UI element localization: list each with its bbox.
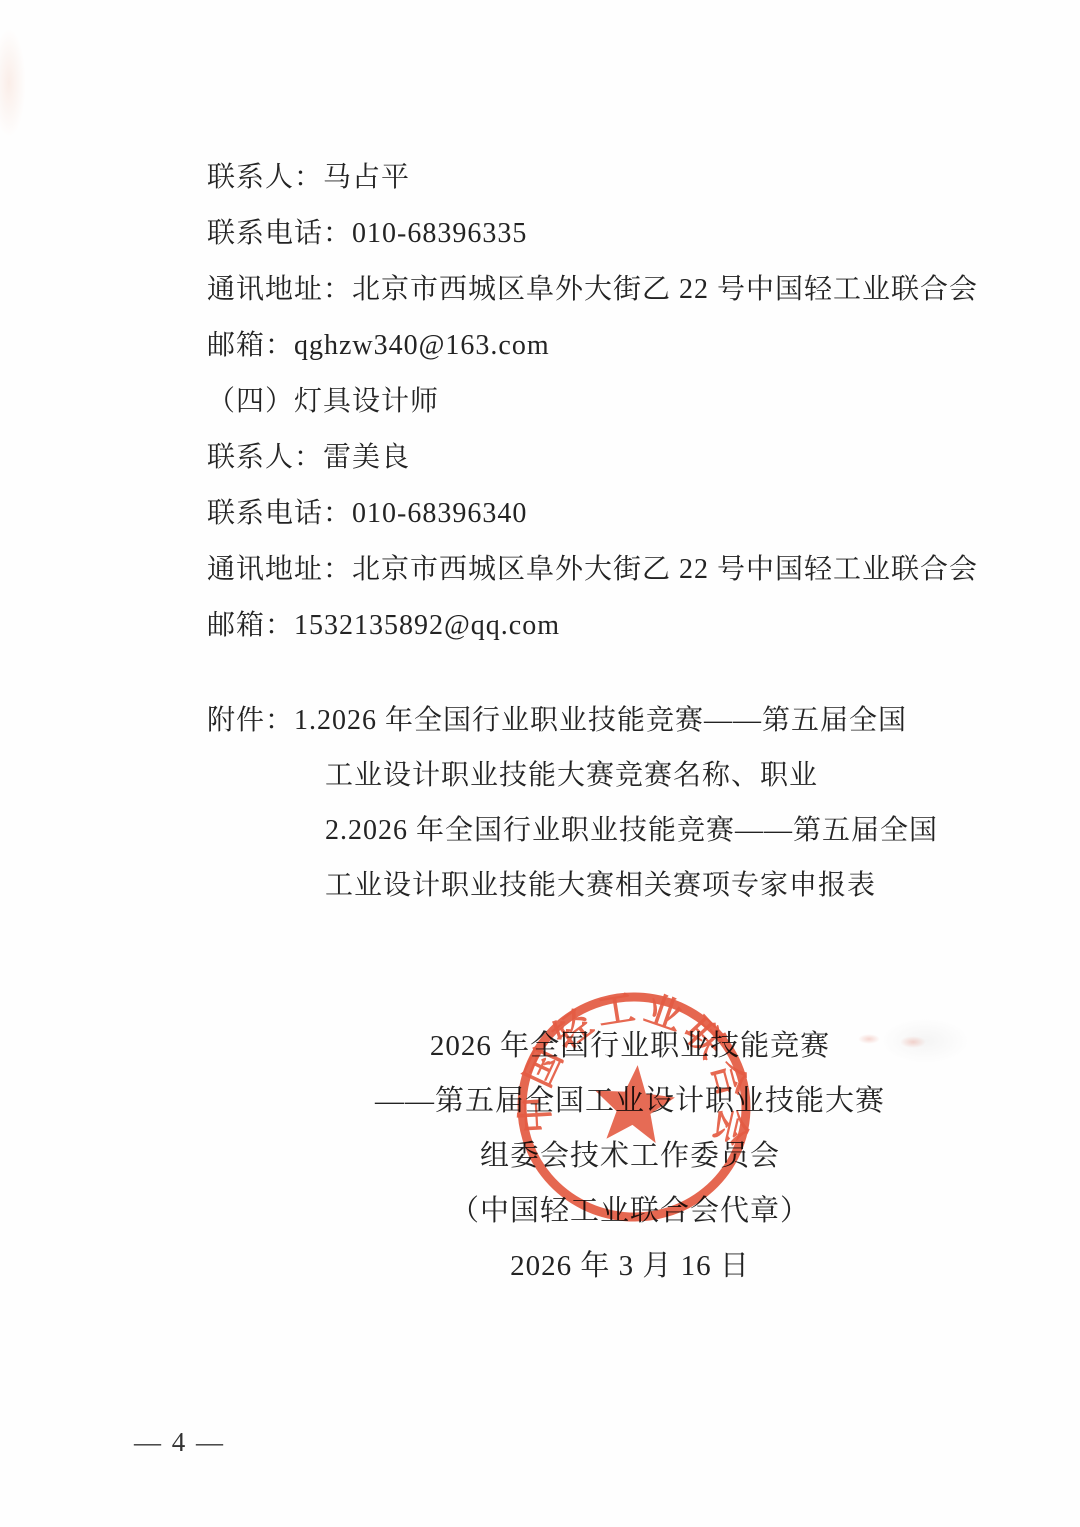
contact-person-line: 联系人：雷美良 (207, 430, 978, 486)
signature-section: 2026 年全国行业职业技能竞赛 ——第五届全国工业设计职业技能大赛 组委会技术… (180, 1019, 1080, 1294)
contact-address-line: 通讯地址：北京市西城区阜外大街乙 22 号中国轻工业联合会 (207, 262, 978, 318)
page-number: — 4 — (134, 1427, 225, 1458)
attachment-item-2-line-1: 2.2026 年全国行业职业技能竞赛——第五届全国 (207, 803, 938, 858)
attachment-item-1-line-1: 附件：1.2026 年全国行业职业技能竞赛——第五届全国 (207, 693, 938, 748)
attachments-section: 附件：1.2026 年全国行业职业技能竞赛——第五届全国 工业设计职业技能大赛竞… (207, 693, 938, 913)
contact-email-line: 邮箱：1532135892@qq.com (207, 598, 978, 654)
scan-artifact (0, 28, 26, 138)
issue-date: 2026 年 3 月 16 日 (180, 1239, 1080, 1294)
issuer-line-2: ——第五届全国工业设计职业技能大赛 (180, 1074, 1080, 1129)
issuer-line-4: （中国轻工业联合会代章） (180, 1184, 1080, 1239)
document-page: 联系人：马占平 联系电话：010-68396335 通讯地址：北京市西城区阜外大… (0, 0, 1080, 1527)
attachment-item-2-line-2: 工业设计职业技能大赛相关赛项专家申报表 (207, 858, 938, 913)
issuer-line-3: 组委会技术工作委员会 (180, 1129, 1080, 1184)
contact-email-line: 邮箱：qghzw340@163.com (207, 318, 978, 374)
contact-phone-line: 联系电话：010-68396335 (207, 206, 978, 262)
section-heading: （四）灯具设计师 (207, 374, 978, 430)
contact-person-line: 联系人：马占平 (207, 150, 978, 206)
issuer-line-1: 2026 年全国行业职业技能竞赛 (180, 1019, 1080, 1074)
contact-address-line: 通讯地址：北京市西城区阜外大街乙 22 号中国轻工业联合会 (207, 542, 978, 598)
contact-info-section: 联系人：马占平 联系电话：010-68396335 通讯地址：北京市西城区阜外大… (207, 150, 978, 654)
contact-phone-line: 联系电话：010-68396340 (207, 486, 978, 542)
attachment-item-1-line-2: 工业设计职业技能大赛竞赛名称、职业 (207, 748, 938, 803)
